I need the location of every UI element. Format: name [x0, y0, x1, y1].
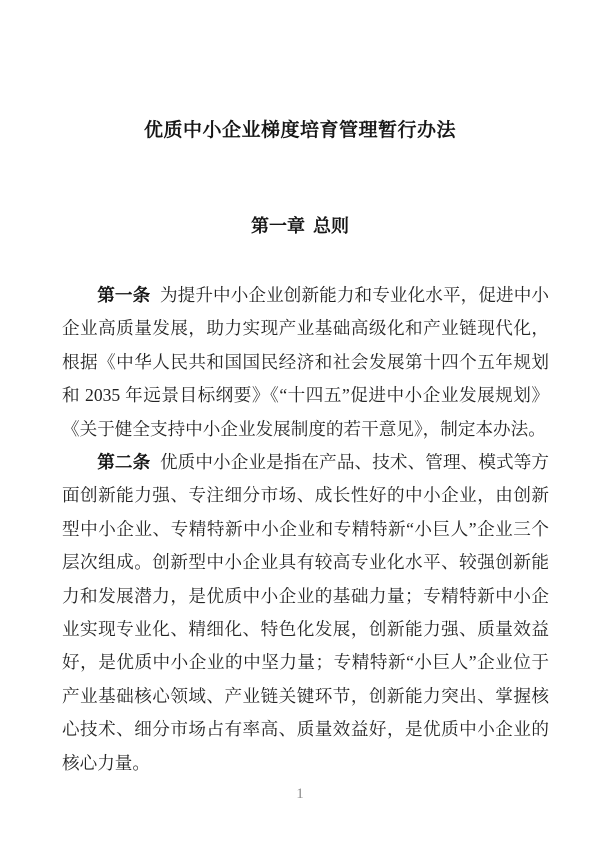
article-1-text: 为提升中小企业创新能力和专业化水平，促进中小企业高质量发展，助力实现产业基础高级…: [62, 285, 549, 439]
document-title: 优质中小企业梯度培育管理暂行办法: [0, 0, 600, 143]
page-number: 1: [0, 784, 600, 804]
article-1-number: 第一条: [97, 285, 150, 305]
article-2-text: 优质中小企业是指在产品、技术、管理、模式等方面创新能力强、专注细分市场、成长性好…: [62, 452, 549, 773]
document-body: 第一条为提升中小企业创新能力和专业化水平，促进中小企业高质量发展，助力实现产业基…: [62, 279, 549, 780]
chapter-number: 第一章: [251, 216, 305, 236]
paragraph-article-1: 第一条为提升中小企业创新能力和专业化水平，促进中小企业高质量发展，助力实现产业基…: [62, 279, 549, 446]
chapter-heading: 第一章总则: [0, 214, 600, 238]
document-page: 优质中小企业梯度培育管理暂行办法 第一章总则 第一条为提升中小企业创新能力和专业…: [0, 0, 600, 848]
article-2-number: 第二条: [97, 452, 150, 472]
chapter-title: 总则: [313, 216, 349, 236]
paragraph-article-2: 第二条优质中小企业是指在产品、技术、管理、模式等方面创新能力强、专注细分市场、成…: [62, 446, 549, 780]
